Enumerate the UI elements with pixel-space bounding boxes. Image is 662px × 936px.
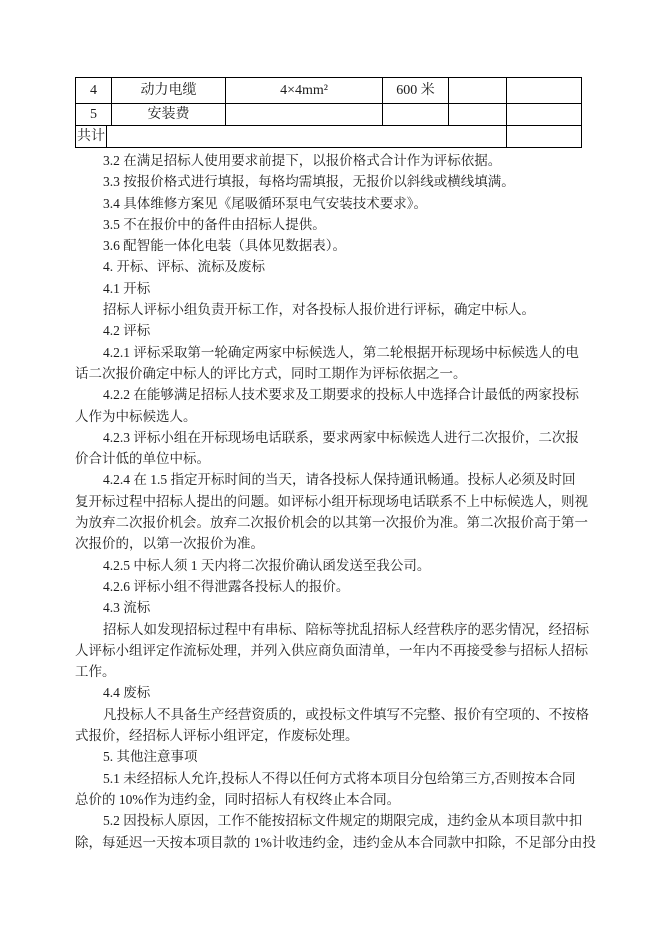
text-line: 工作。 (75, 661, 589, 682)
cell-item-no: 4 (76, 78, 112, 104)
text-line: 4. 开标、评标、流标及废标 (75, 256, 589, 277)
cell-item-qty (383, 104, 449, 126)
cell-total-label: 共计 (76, 126, 107, 148)
body-text: 3.2 在满足招标人使用要求前提下，以报价格式合计作为评标依据。3.3 按报价格… (75, 150, 589, 853)
text-line: 3.2 在满足招标人使用要求前提下，以报价格式合计作为评标依据。 (75, 150, 589, 171)
text-line: 除，每延迟一天按本项目款的 1%计收违约金，违约金从本合同款中扣除，不足部分由投 (75, 832, 589, 853)
text-line: 5. 其他注意事项 (75, 746, 589, 767)
text-line: 5.1 未经招标人允许,投标人不得以任何方式将本项目分包给第三方,否则按本合同 (75, 768, 589, 789)
table-row: 4 动力电缆 4×4mm² 600 米 (76, 78, 582, 104)
quotation-table-total-row: 共计 (75, 125, 582, 148)
cell-total-merged (107, 126, 507, 148)
table-row: 5 安装费 (76, 104, 582, 126)
text-line: 5.2 因投标人原因，工作不能按招标文件规定的期限完成，违约金从本项目款中扣 (75, 810, 589, 831)
cell-item-total (507, 104, 582, 126)
cell-item-total (507, 78, 582, 104)
text-line: 4.2.5 中标人须 1 天内将二次报价确认函发送至我公司。 (75, 555, 589, 576)
cell-total-last (507, 126, 582, 148)
text-line: 4.2.4 在 1.5 指定开标时间的当天，请各投标人保持通讯畅通。投标人必须及… (75, 469, 589, 490)
text-line: 4.4 废标 (75, 682, 589, 703)
cell-item-name: 安装费 (112, 104, 226, 126)
text-line: 4.1 开标 (75, 278, 589, 299)
cell-item-spec: 4×4mm² (226, 78, 383, 104)
document-page: 4 动力电缆 4×4mm² 600 米 5 安装费 共计 (0, 0, 662, 936)
text-line: 招标人评标小组负责开标工作，对各投标人报价进行评标，确定中标人。 (75, 299, 589, 320)
cell-item-qty: 600 米 (383, 78, 449, 104)
quotation-table-items: 4 动力电缆 4×4mm² 600 米 5 安装费 (75, 77, 582, 126)
text-line: 为放弃二次报价机会。放弃二次报价机会的以其第一次报价为准。第二次报价高于第一 (75, 512, 589, 533)
cell-item-name: 动力电缆 (112, 78, 226, 104)
text-line: 4.2.6 评标小组不得泄露各投标人的报价。 (75, 576, 589, 597)
text-line: 话二次报价确定中标人的评比方式，同时工期作为评标依据之一。 (75, 363, 589, 384)
text-line: 4.3 流标 (75, 597, 589, 618)
text-line: 4.2.1 评标采取第一轮确定两家中标候选人，第二轮根据开标现场中标候选人的电 (75, 342, 589, 363)
cell-item-price (449, 78, 507, 104)
text-line: 人作为中标候选人。 (75, 406, 589, 427)
text-line: 3.5 不在报价中的备件由招标人提供。 (75, 214, 589, 235)
text-line: 式报价，经招标人评标小组评定，作废标处理。 (75, 725, 589, 746)
text-line: 总价的 10%作为违约金，同时招标人有权终止本合同。 (75, 789, 589, 810)
cell-item-no: 5 (76, 104, 112, 126)
text-line: 4.2.2 在能够满足招标人技术要求及工期要求的投标人中选择合计最低的两家投标 (75, 384, 589, 405)
text-line: 次报价的，以第一次报价为准。 (75, 533, 589, 554)
text-line: 4.2.3 评标小组在开标现场电话联系，要求两家中标候选人进行二次报价，二次报 (75, 427, 589, 448)
text-line: 复开标过程中招标人提出的问题。如评标小组开标现场电话联系不上中标候选人，则视 (75, 491, 589, 512)
text-line: 招标人如发现招标过程中有串标、陪标等扰乱招标人经营秩序的恶劣情况，经招标 (75, 619, 589, 640)
table-row: 共计 (76, 126, 582, 148)
text-line: 3.6 配智能一体化电装（具体见数据表）。 (75, 235, 589, 256)
text-line: 凡投标人不具备生产经营资质的，或投标文件填写不完整、报价有空项的、不按格 (75, 704, 589, 725)
text-line: 3.4 具体维修方案见《尾吸循环泵电气安装技术要求》。 (75, 193, 589, 214)
text-line: 4.2 评标 (75, 320, 589, 341)
cell-item-spec (226, 104, 383, 126)
text-line: 人评标小组评定作流标处理，并列入供应商负面清单，一年内不再接受参与招标人招标 (75, 640, 589, 661)
quotation-table: 4 动力电缆 4×4mm² 600 米 5 安装费 共计 (75, 77, 582, 148)
cell-item-price (449, 104, 507, 126)
text-line: 价合计低的单位中标。 (75, 448, 589, 469)
text-line: 3.3 按报价格式进行填报，每格均需填报，无报价以斜线或横线填满。 (75, 171, 589, 192)
